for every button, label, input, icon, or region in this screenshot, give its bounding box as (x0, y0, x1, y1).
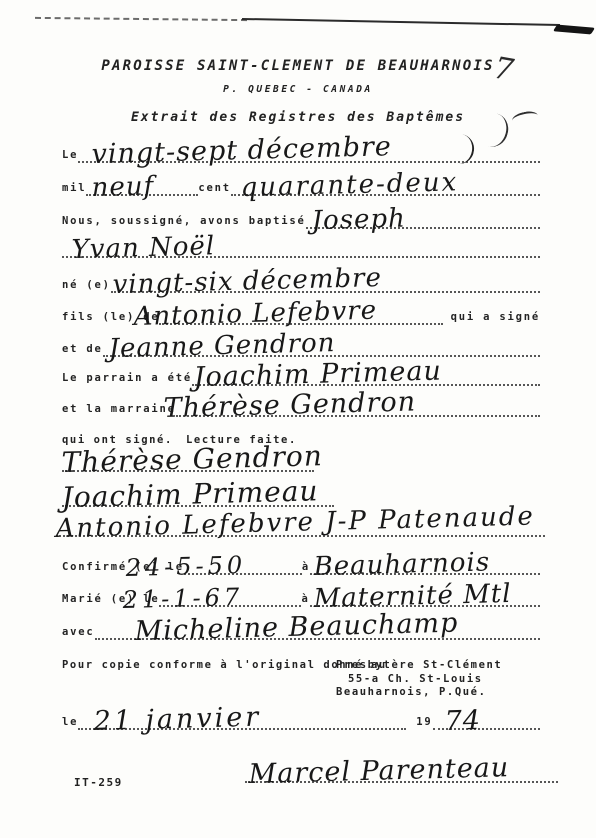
dotted-line: Joseph (306, 201, 540, 229)
field-baptism-date: Le vingt-sept décembre (62, 137, 540, 163)
dotted-line: Jeanne Gendron (103, 329, 540, 357)
field-label: 19 (406, 716, 432, 730)
signature-father-and-priest: Antonio Lefebvre J-P Patenaude (56, 511, 545, 537)
handwritten-date: 21-1-67 (123, 585, 244, 612)
field-confirmation: Confirmé (e) le 24-5-50 à Beauharnois (62, 549, 540, 575)
dotted-line: 21 janvier (78, 702, 406, 730)
handwritten-entry: Antonio Lefebvre (134, 298, 378, 330)
scan-artifact-solid-line (242, 18, 560, 26)
handwritten-entry: Micheline Beauchamp (134, 610, 458, 645)
dotted-line: 74 (433, 702, 541, 730)
scan-artifact-dashed-line (35, 17, 247, 21)
pen-flourish-paren (454, 134, 477, 167)
field-godmother-name: et la marraine Thérèse Gendron (62, 391, 540, 417)
field-label: Le parrain a été (62, 372, 192, 386)
field-label: à (302, 561, 310, 575)
field-label: mil (62, 182, 86, 196)
field-label: et la marraine (62, 403, 176, 417)
field-marriage: Marié (e) le 21-1-67 à Maternité Mtl (62, 581, 540, 607)
handwritten-signature: Marcel Parenteau (248, 754, 509, 788)
field-label: cent (198, 182, 231, 196)
form-code: IT-259 (74, 776, 123, 789)
dotted-line: Antonio Lefebvre J-P Patenaude (56, 509, 545, 537)
dotted-line: neuf (86, 168, 198, 196)
field-baptized-name: Nous, soussigné, avons baptisé Joseph (62, 203, 540, 229)
dotted-line: Thérèse Gendron (62, 444, 314, 472)
handwritten-date: 24-5-50 (125, 553, 246, 580)
field-label: né (e) (62, 279, 111, 293)
field-mother-name: et de Jeanne Gendron (62, 331, 540, 357)
field-father-name: fils (le) de Antonio Lefebvre qui a sign… (62, 299, 540, 325)
signature-godmother: Thérèse Gendron (62, 446, 314, 472)
dotted-line: vingt-six décembre (111, 265, 540, 293)
field-issue-date: le 21 janvier 19 74 (62, 704, 540, 730)
dotted-line: Maternité Mtl (310, 579, 540, 607)
field-label: avec (62, 626, 95, 640)
dotted-line: Thérèse Gendron (176, 389, 540, 417)
field-given-names: Yvan Noël (62, 232, 540, 258)
field-label: Le (62, 149, 78, 163)
handwritten-year: 74 (444, 707, 481, 735)
field-spouse: avec Micheline Beauchamp (62, 614, 540, 640)
certification-address2: Beauharnois, P.Qué. (336, 686, 487, 698)
handwritten-entry: vingt-sept décembre (92, 133, 393, 168)
official-signature: Marcel Parenteau (245, 757, 558, 783)
field-suffix-label: qui a signé (443, 311, 540, 325)
dotted-line: vingt-sept décembre (78, 135, 540, 163)
dotted-line: Marcel Parenteau (245, 755, 558, 783)
dotted-line: Joachim Primeau (192, 358, 540, 386)
certification-address1: 55-a Ch. St-Louis (348, 673, 483, 685)
handwritten-place: Maternité Mtl (313, 581, 512, 612)
handwritten-signature: Antonio Lefebvre J-P Patenaude (55, 503, 535, 542)
parish-title: PAROISSE SAINT-CLEMENT DE BEAUHARNOIS (0, 58, 596, 74)
dotted-line: Joachim Primeau (62, 479, 334, 507)
dotted-line: quarante-deux (231, 168, 540, 196)
region-subtitle: P. QUEBEC - CANADA (0, 84, 596, 95)
handwritten-signature: Thérèse Gendron (61, 442, 323, 477)
baptism-certificate-document: 7 PAROISSE SAINT-CLEMENT DE BEAUHARNOIS … (0, 0, 596, 838)
handwritten-signature: Joachim Primeau (61, 477, 319, 512)
signature-godfather: Joachim Primeau (62, 481, 334, 507)
handwritten-entry: Thérèse Gendron (163, 388, 416, 422)
dotted-line: 24-5-50 (184, 547, 302, 575)
field-birth-date: né (e) vingt-six décembre (62, 267, 540, 293)
scan-artifact-ink-blob (553, 25, 595, 35)
handwritten-entry: neuf (92, 173, 155, 201)
handwritten-place: Beauharnois (313, 549, 490, 580)
field-label: le (62, 716, 78, 730)
field-baptism-year: mil neuf cent quarante-deux (62, 170, 540, 196)
handwritten-date: 21 janvier (94, 704, 262, 735)
field-godfather-name: Le parrain a été Joachim Primeau (62, 360, 540, 386)
dotted-line: Yvan Noël (62, 230, 540, 258)
handwritten-entry: quarante-deux (240, 169, 458, 201)
handwritten-entry: Yvan Noël (71, 233, 215, 263)
dotted-line: Micheline Beauchamp (95, 612, 541, 640)
dotted-line: Antonio Lefebvre (159, 297, 442, 325)
dotted-line: Beauharnois (310, 547, 540, 575)
field-label: à (301, 593, 309, 607)
certification-org: Presbytère St-Clément (336, 659, 502, 671)
field-label: et de (62, 343, 103, 357)
handwritten-entry: vingt-six décembre (112, 265, 382, 298)
field-label: Nous, soussigné, avons baptisé (62, 215, 306, 229)
dotted-line: 21-1-67 (159, 579, 301, 607)
